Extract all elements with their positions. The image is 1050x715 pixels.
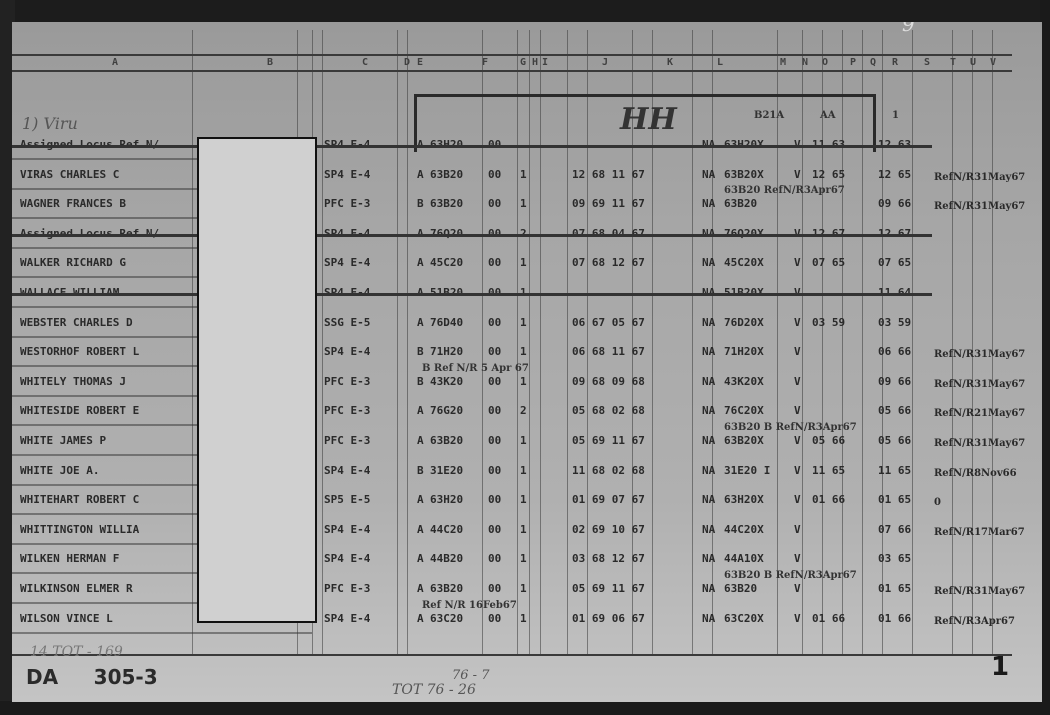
cell-f: 00 bbox=[488, 493, 501, 506]
column-letter: J bbox=[602, 57, 608, 68]
cell-grade: PFC E-3 bbox=[324, 404, 370, 417]
cell-v: V bbox=[794, 375, 801, 388]
cell-name: WEBSTER CHARLES D bbox=[20, 316, 133, 329]
cell-mos: 63B20 bbox=[430, 197, 463, 210]
cell-pmos: 63B20X bbox=[724, 434, 764, 447]
cell-d1: 01 66 bbox=[812, 612, 845, 625]
cell-name: WILSON VINCE L bbox=[20, 612, 113, 625]
column-letter: Q bbox=[870, 57, 876, 68]
cell-g: 1 bbox=[520, 552, 527, 565]
cell-dates: 01 69 07 67 bbox=[572, 493, 645, 506]
cell-v: V bbox=[794, 168, 801, 181]
cell-c: B bbox=[417, 345, 424, 358]
cell-mos: 44C20 bbox=[430, 523, 463, 536]
roster-row: Assigned Locus Ref N/SP4 E-4A63H2000NA63… bbox=[12, 132, 1022, 160]
column-letter: H bbox=[532, 57, 538, 68]
cell-pmos: 63B20 bbox=[724, 582, 757, 595]
column-letter: O bbox=[822, 57, 828, 68]
cell-dates: 11 68 02 68 bbox=[572, 464, 645, 477]
footer-handwriting-mid-top: 76 - 7 bbox=[452, 668, 489, 683]
roster-row: WHITTINGTON WILLIASP4 E-4A44C2000102 69 … bbox=[12, 517, 1022, 545]
cell-c: A bbox=[417, 256, 424, 269]
cell-f: 00 bbox=[488, 197, 501, 210]
cell-name: WALKER RICHARD G bbox=[20, 256, 126, 269]
cell-v: V bbox=[794, 523, 801, 536]
cell-name: WHITESIDE ROBERT E bbox=[20, 404, 139, 417]
cell-g: 1 bbox=[520, 316, 527, 329]
strike-through bbox=[12, 145, 932, 148]
summary-code-2: AA bbox=[820, 110, 836, 121]
cell-v: V bbox=[794, 256, 801, 269]
cell-g: 1 bbox=[520, 256, 527, 269]
cell-v: V bbox=[794, 612, 801, 625]
cell-c: A bbox=[417, 582, 424, 595]
cell-name: WAGNER FRANCES B bbox=[20, 197, 126, 210]
cell-pmos: 71H20X bbox=[724, 345, 764, 358]
cell-status: NA bbox=[702, 582, 715, 595]
cell-remarks: RefN/R31May67 bbox=[934, 379, 1025, 390]
cell-d1: 03 59 bbox=[812, 316, 845, 329]
cell-grade: SP5 E-5 bbox=[324, 493, 370, 506]
cell-d1: 05 66 bbox=[812, 434, 845, 447]
cell-g: 1 bbox=[520, 523, 527, 536]
roster-row: WHITEHART ROBERT CSP5 E-5A63H2000101 69 … bbox=[12, 487, 1022, 515]
cell-status: NA bbox=[702, 197, 715, 210]
column-letter: B bbox=[267, 57, 273, 68]
cell-mos: 45C20 bbox=[430, 256, 463, 269]
footer-handwriting-mid-bottom: TOT 76 - 26 bbox=[392, 682, 476, 698]
cell-g: 2 bbox=[520, 404, 527, 417]
cell-mos: 63H20 bbox=[430, 493, 463, 506]
cell-status: NA bbox=[702, 256, 715, 269]
cell-f: 00 bbox=[488, 582, 501, 595]
top-mark: 9 bbox=[902, 22, 915, 36]
cell-mos: 63B20 bbox=[430, 582, 463, 595]
cell-name: WILKINSON ELMER R bbox=[20, 582, 133, 595]
cell-c: A bbox=[417, 168, 424, 181]
cell-grade: SP4 E-4 bbox=[324, 256, 370, 269]
cell-dates: 12 68 11 67 bbox=[572, 168, 645, 181]
cell-pmos: 63B20X bbox=[724, 168, 764, 181]
cell-pmos: 63B20 bbox=[724, 197, 757, 210]
cell-c: A bbox=[417, 316, 424, 329]
column-letter: A bbox=[112, 57, 118, 68]
cell-v: V bbox=[794, 552, 801, 565]
cell-dates: 09 69 11 67 bbox=[572, 197, 645, 210]
summary-code-3: 1 bbox=[892, 110, 899, 121]
cell-g: 1 bbox=[520, 375, 527, 388]
cell-pmos: 63H20X bbox=[724, 493, 764, 506]
cell-name: WHITELY THOMAS J bbox=[20, 375, 126, 388]
cell-v: V bbox=[794, 345, 801, 358]
roster-row: WHITELY THOMAS JPFC E-3B43K2000109 68 09… bbox=[12, 369, 1022, 397]
cell-c: B bbox=[417, 197, 424, 210]
cell-grade: SP4 E-4 bbox=[324, 612, 370, 625]
cell-c: A bbox=[417, 434, 424, 447]
cell-status: NA bbox=[702, 404, 715, 417]
cell-status: NA bbox=[702, 434, 715, 447]
cell-d1: 07 65 bbox=[812, 256, 845, 269]
row-underline bbox=[12, 632, 312, 634]
column-letter: T bbox=[950, 57, 956, 68]
form-prefix: DA bbox=[26, 665, 58, 689]
roster-row: WAGNER FRANCES BPFC E-3B63B2000109 69 11… bbox=[12, 191, 1022, 219]
cell-pmos: 44A10X bbox=[724, 552, 764, 565]
cell-dates: 09 68 09 68 bbox=[572, 375, 645, 388]
row-annotation: 63B20 B RefN/R3Apr67 bbox=[724, 422, 857, 433]
roster-row: WILSON VINCE LSP4 E-4A63C2000101 69 06 6… bbox=[12, 606, 1022, 634]
cell-remarks: RefN/R31May67 bbox=[934, 172, 1025, 183]
cell-d2: 05 66 bbox=[878, 434, 911, 447]
cell-d2: 09 66 bbox=[878, 375, 911, 388]
cell-d2: 03 65 bbox=[878, 552, 911, 565]
column-letter: K bbox=[667, 57, 673, 68]
cell-pmos: 31E20 I bbox=[724, 464, 770, 477]
cell-dates: 05 69 11 67 bbox=[572, 582, 645, 595]
cell-grade: PFC E-3 bbox=[324, 197, 370, 210]
cell-status: NA bbox=[702, 552, 715, 565]
column-letter: D bbox=[404, 57, 410, 68]
cell-d2: 01 65 bbox=[878, 493, 911, 506]
cell-grade: PFC E-3 bbox=[324, 582, 370, 595]
cell-d2: 09 66 bbox=[878, 197, 911, 210]
cell-d2: 12 65 bbox=[878, 168, 911, 181]
cell-mos: 71H20 bbox=[430, 345, 463, 358]
cell-c: B bbox=[417, 375, 424, 388]
cell-mos: 63B20 bbox=[430, 168, 463, 181]
cell-mos: 43K20 bbox=[430, 375, 463, 388]
cell-name: WHITE JOE A. bbox=[20, 464, 99, 477]
cell-pmos: 76C20X bbox=[724, 404, 764, 417]
cell-f: 00 bbox=[488, 523, 501, 536]
cell-c: A bbox=[417, 552, 424, 565]
cell-f: 00 bbox=[488, 404, 501, 417]
strike-through bbox=[12, 293, 932, 296]
cell-c: A bbox=[417, 612, 424, 625]
cell-pmos: 45C20X bbox=[724, 256, 764, 269]
row-annotation: Ref N/R 16Feb67 bbox=[422, 600, 517, 611]
column-letter: G bbox=[520, 57, 526, 68]
cell-g: 1 bbox=[520, 612, 527, 625]
cell-name: WILKEN HERMAN F bbox=[20, 552, 119, 565]
cell-g: 1 bbox=[520, 168, 527, 181]
cell-d2: 01 66 bbox=[878, 612, 911, 625]
cell-pmos: 44C20X bbox=[724, 523, 764, 536]
row-annotation: 63B20 RefN/R3Apr67 bbox=[724, 185, 845, 196]
table-bottom-rule bbox=[12, 654, 1012, 656]
cell-status: NA bbox=[702, 168, 715, 181]
cell-name: WESTORHOF ROBERT L bbox=[20, 345, 139, 358]
cell-d1: 11 65 bbox=[812, 464, 845, 477]
cell-dates: 07 68 12 67 bbox=[572, 256, 645, 269]
strike-through bbox=[12, 234, 932, 237]
cell-remarks: RefN/R21May67 bbox=[934, 408, 1025, 419]
cell-status: NA bbox=[702, 523, 715, 536]
cell-mos: 63B20 bbox=[430, 434, 463, 447]
cell-grade: SP4 E-4 bbox=[324, 345, 370, 358]
cell-name: WHITTINGTON WILLIA bbox=[20, 523, 139, 536]
roster-row: WHITE JAMES PPFC E-3A63B2000105 69 11 67… bbox=[12, 428, 1022, 456]
cell-mos: 76G20 bbox=[430, 404, 463, 417]
cell-d2: 05 66 bbox=[878, 404, 911, 417]
column-letter: S bbox=[924, 57, 930, 68]
cell-grade: PFC E-3 bbox=[324, 434, 370, 447]
column-letter: C bbox=[362, 57, 368, 68]
footer-handwriting-left: 14 TOT - 169 bbox=[30, 644, 123, 660]
cell-g: 1 bbox=[520, 493, 527, 506]
cell-dates: 03 68 12 67 bbox=[572, 552, 645, 565]
cell-g: 1 bbox=[520, 582, 527, 595]
cell-f: 00 bbox=[488, 612, 501, 625]
column-letter: F bbox=[482, 57, 488, 68]
cell-pmos: 76D20X bbox=[724, 316, 764, 329]
cell-status: NA bbox=[702, 493, 715, 506]
cell-v: V bbox=[794, 582, 801, 595]
cell-remarks: RefN/R31May67 bbox=[934, 438, 1025, 449]
roster-row: WALKER RICHARD GSP4 E-4A45C2000107 68 12… bbox=[12, 250, 1022, 278]
cell-f: 00 bbox=[488, 345, 501, 358]
cell-f: 00 bbox=[488, 316, 501, 329]
cell-g: 1 bbox=[520, 345, 527, 358]
cell-f: 00 bbox=[488, 375, 501, 388]
roster-row: WHITESIDE ROBERT EPFC E-3A76G2000205 68 … bbox=[12, 398, 1022, 426]
cell-remarks: RefN/R17Mar67 bbox=[934, 527, 1025, 538]
cell-f: 00 bbox=[488, 256, 501, 269]
cell-mos: 63C20 bbox=[430, 612, 463, 625]
column-letter: N bbox=[802, 57, 808, 68]
cell-dates: 05 68 02 68 bbox=[572, 404, 645, 417]
column-letter: E bbox=[417, 57, 423, 68]
cell-v: V bbox=[794, 493, 801, 506]
cell-name: WHITE JAMES P bbox=[20, 434, 106, 447]
cell-dates: 06 68 11 67 bbox=[572, 345, 645, 358]
cell-g: 1 bbox=[520, 464, 527, 477]
column-letter: M bbox=[780, 57, 786, 68]
cell-d1: 12 65 bbox=[812, 168, 845, 181]
cell-mos: 76D40 bbox=[430, 316, 463, 329]
roster-sheet: ABCDEFGHIJKLMNOPQRSTUV 1) Viru HH B21A A… bbox=[12, 22, 1042, 702]
cell-grade: SP4 E-4 bbox=[324, 552, 370, 565]
redaction-box bbox=[197, 137, 317, 623]
scan-border-bottom bbox=[0, 701, 1050, 715]
cell-pmos: 63C20X bbox=[724, 612, 764, 625]
cell-c: A bbox=[417, 404, 424, 417]
cell-status: NA bbox=[702, 375, 715, 388]
cell-d2: 07 66 bbox=[878, 523, 911, 536]
cell-g: 1 bbox=[520, 197, 527, 210]
cell-v: V bbox=[794, 316, 801, 329]
cell-g: 1 bbox=[520, 434, 527, 447]
cell-d1: 01 66 bbox=[812, 493, 845, 506]
cell-remarks: RefN/R31May67 bbox=[934, 349, 1025, 360]
roster-row: VIRAS CHARLES CSP4 E-4A63B2000112 68 11 … bbox=[12, 162, 1022, 190]
roster-row: WALLACE WILLIAMSP4 E-4A51B20001NA51B20XV… bbox=[12, 280, 1022, 308]
cell-status: NA bbox=[702, 612, 715, 625]
column-letter: R bbox=[892, 57, 898, 68]
page-number: 1 bbox=[991, 652, 1009, 682]
cell-remarks: RefN/R31May67 bbox=[934, 201, 1025, 212]
roster-row: WEBSTER CHARLES DSSG E-5A76D4000106 67 0… bbox=[12, 310, 1022, 338]
column-letter: P bbox=[850, 57, 856, 68]
row-annotation: B Ref N/R 5 Apr 67 bbox=[422, 363, 529, 374]
cell-v: V bbox=[794, 434, 801, 447]
roster-row: WHITE JOE A.SP4 E-4B31E2000111 68 02 68N… bbox=[12, 458, 1022, 486]
roster-row: Assigned Locus Ref N/SP4 E-4A76Q2000207 … bbox=[12, 221, 1022, 249]
cell-d2: 01 65 bbox=[878, 582, 911, 595]
cell-remarks: RefN/R3Apr67 bbox=[934, 616, 1015, 627]
cell-remarks: 0 bbox=[934, 497, 941, 508]
form-number: 305-3 bbox=[94, 665, 158, 689]
cell-grade: SP4 E-4 bbox=[324, 523, 370, 536]
cell-c: A bbox=[417, 523, 424, 536]
cell-c: B bbox=[417, 464, 424, 477]
cell-d2: 03 59 bbox=[878, 316, 911, 329]
cell-grade: PFC E-3 bbox=[324, 375, 370, 388]
cell-status: NA bbox=[702, 464, 715, 477]
cell-dates: 06 67 05 67 bbox=[572, 316, 645, 329]
column-letter: L bbox=[717, 57, 723, 68]
cell-f: 00 bbox=[488, 552, 501, 565]
cell-status: NA bbox=[702, 345, 715, 358]
form-identifier: DA 305-3 bbox=[26, 665, 158, 689]
column-letter: V bbox=[990, 57, 996, 68]
column-letter: I bbox=[542, 57, 548, 68]
cell-pmos: 43K20X bbox=[724, 375, 764, 388]
cell-mos: 31E20 bbox=[430, 464, 463, 477]
cell-c: A bbox=[417, 493, 424, 506]
cell-name: VIRAS CHARLES C bbox=[20, 168, 119, 181]
cell-v: V bbox=[794, 404, 801, 417]
row-annotation: 63B20 B RefN/R3Apr67 bbox=[724, 570, 857, 581]
cell-dates: 05 69 11 67 bbox=[572, 434, 645, 447]
column-letter: U bbox=[970, 57, 976, 68]
cell-f: 00 bbox=[488, 434, 501, 447]
cell-mos: 44B20 bbox=[430, 552, 463, 565]
cell-status: NA bbox=[702, 316, 715, 329]
roster-row: WILKINSON ELMER RPFC E-3A63B2000105 69 1… bbox=[12, 576, 1022, 604]
cell-dates: 01 69 06 67 bbox=[572, 612, 645, 625]
cell-d2: 06 66 bbox=[878, 345, 911, 358]
cell-grade: SP4 E-4 bbox=[324, 168, 370, 181]
cell-name: WHITEHART ROBERT C bbox=[20, 493, 139, 506]
cell-grade: SSG E-5 bbox=[324, 316, 370, 329]
cell-d2: 07 65 bbox=[878, 256, 911, 269]
cell-v: V bbox=[794, 464, 801, 477]
roster-row: WILKEN HERMAN FSP4 E-4A44B2000103 68 12 … bbox=[12, 546, 1022, 574]
header-annotation: 1) Viru bbox=[22, 114, 78, 133]
cell-d2: 11 65 bbox=[878, 464, 911, 477]
summary-code-1: B21A bbox=[754, 110, 784, 121]
cell-remarks: RefN/R8Nov66 bbox=[934, 468, 1017, 479]
cell-grade: SP4 E-4 bbox=[324, 464, 370, 477]
cell-f: 00 bbox=[488, 464, 501, 477]
cell-f: 00 bbox=[488, 168, 501, 181]
cell-dates: 02 69 10 67 bbox=[572, 523, 645, 536]
cell-remarks: RefN/R31May67 bbox=[934, 586, 1025, 597]
